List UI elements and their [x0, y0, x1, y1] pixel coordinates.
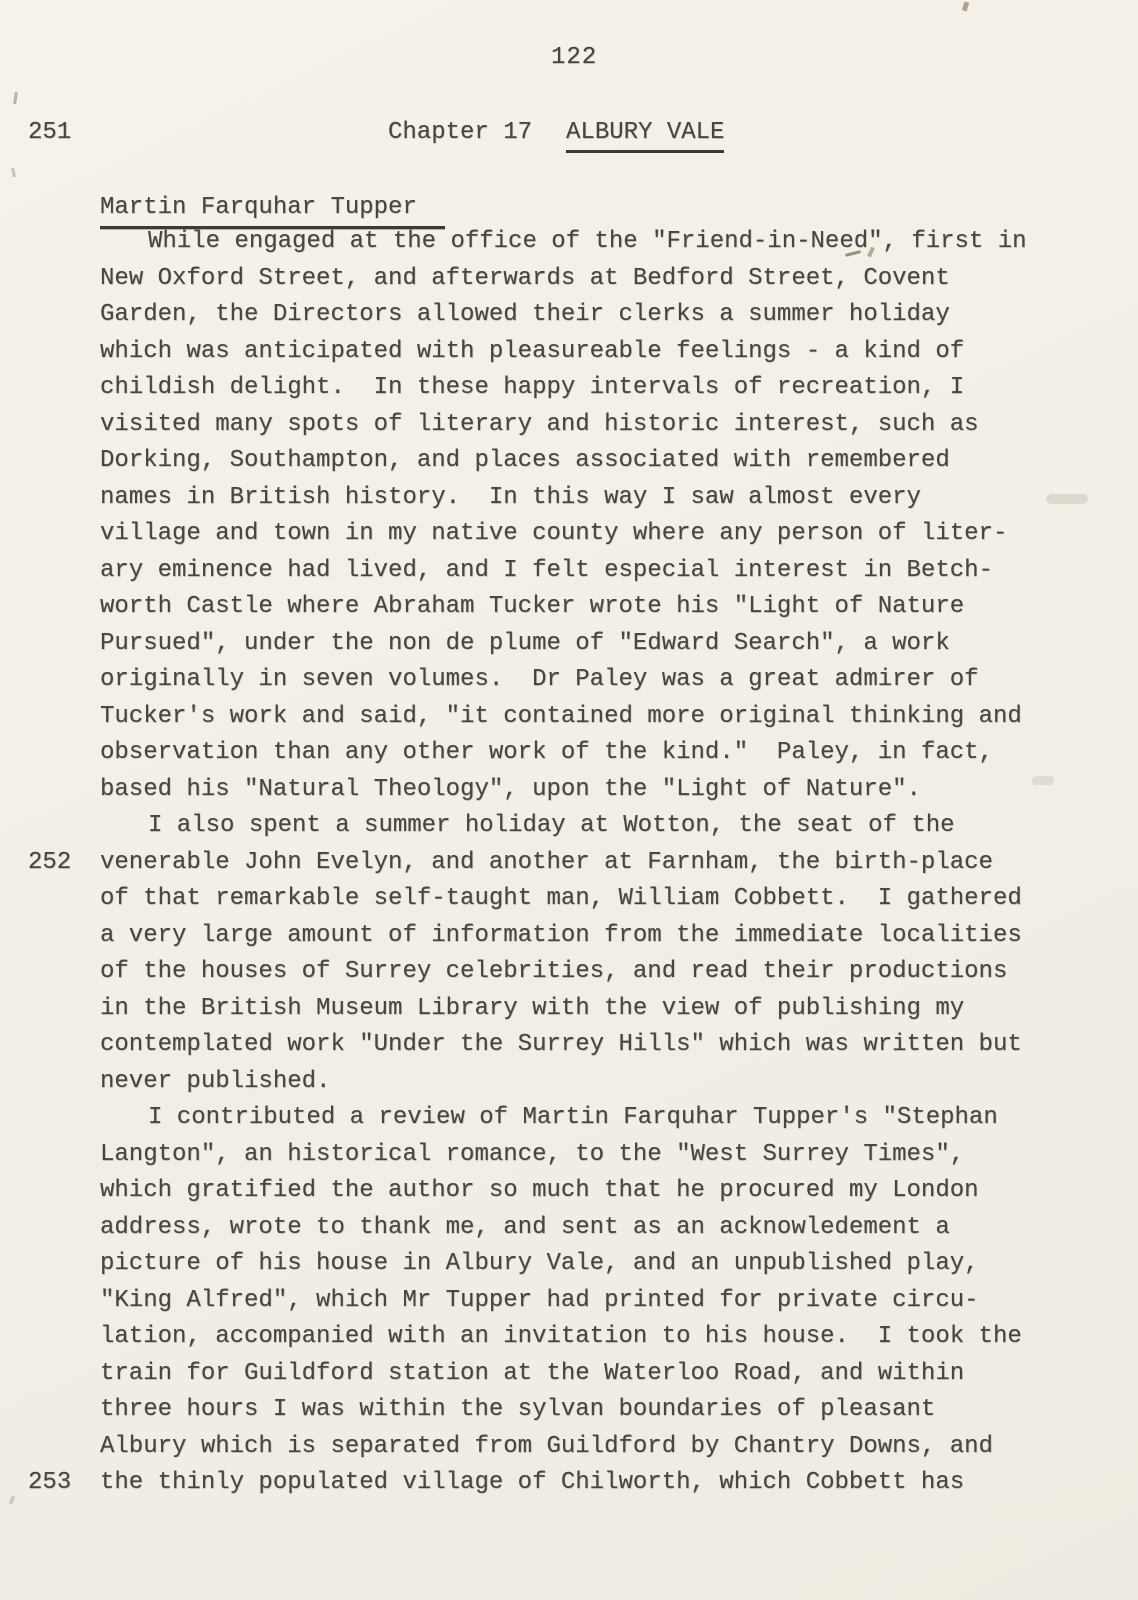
- line-text: address, wrote to thank me, and sent as …: [100, 1214, 950, 1241]
- line-text: Garden, the Directors allowed their cler…: [100, 301, 950, 328]
- body-line: a very large amount of information from …: [100, 918, 1110, 955]
- body-line: I also spent a summer holiday at Wotton,…: [100, 808, 1110, 845]
- line-text: worth Castle where Abraham Tucker wrote …: [100, 593, 964, 620]
- body-line: of the houses of Surrey celebrities, and…: [100, 954, 1110, 991]
- body-line: contemplated work "Under the Surrey Hill…: [100, 1027, 1110, 1064]
- body-line: "King Alfred", which Mr Tupper had print…: [100, 1283, 1110, 1320]
- chapter-heading: Chapter 17ALBURY VALE: [388, 119, 724, 153]
- body-line: originally in seven volumes. Dr Paley wa…: [100, 662, 1110, 699]
- body-line: childish delight. In these happy interva…: [100, 370, 1110, 407]
- body-line: in the British Museum Library with the v…: [100, 991, 1110, 1028]
- line-text: childish delight. In these happy interva…: [100, 374, 964, 401]
- line-text: names in British history. In this way I …: [100, 484, 921, 511]
- line-text: I also spent a summer holiday at Wotton,…: [100, 812, 955, 839]
- body-line: address, wrote to thank me, and sent as …: [100, 1210, 1110, 1247]
- line-text: visited many spots of literary and histo…: [100, 411, 979, 438]
- line-text: picture of his house in Albury Vale, and…: [100, 1250, 979, 1277]
- body-text: While engaged at the office of the "Frie…: [100, 224, 1110, 1502]
- line-text: a very large amount of information from …: [100, 922, 1022, 949]
- body-line: which gratified the author so much that …: [100, 1173, 1110, 1210]
- line-text: train for Guildford station at the Water…: [100, 1360, 964, 1387]
- body-line: worth Castle where Abraham Tucker wrote …: [100, 589, 1110, 626]
- line-text: never published.: [100, 1068, 330, 1095]
- body-line: ary eminence had lived, and I felt espec…: [100, 553, 1110, 590]
- line-text: the thinly populated village of Chilwort…: [100, 1469, 964, 1496]
- body-line: observation than any other work of the k…: [100, 735, 1110, 772]
- body-line: village and town in my native county whe…: [100, 516, 1110, 553]
- manuscript-page: 122 251 Chapter 17ALBURY VALE Martin Far…: [0, 0, 1138, 1600]
- body-line: picture of his house in Albury Vale, and…: [100, 1246, 1110, 1283]
- body-line: train for Guildford station at the Water…: [100, 1356, 1110, 1393]
- line-text: contemplated work "Under the Surrey Hill…: [100, 1031, 1022, 1058]
- body-line: Garden, the Directors allowed their cler…: [100, 297, 1110, 334]
- line-text: ary eminence had lived, and I felt espec…: [100, 557, 993, 584]
- line-text: "King Alfred", which Mr Tupper had print…: [100, 1287, 979, 1314]
- line-text: based his "Natural Theology", upon the "…: [100, 776, 921, 803]
- body-line: based his "Natural Theology", upon the "…: [100, 772, 1110, 809]
- body-line: While engaged at the office of the "Frie…: [100, 224, 1110, 261]
- line-text: of the houses of Surrey celebrities, and…: [100, 958, 1007, 985]
- line-text: in the British Museum Library with the v…: [100, 995, 964, 1022]
- paper-speck: [11, 168, 16, 177]
- line-text: venerable John Evelyn, and another at Fa…: [100, 849, 993, 876]
- line-text: I contributed a review of Martin Farquha…: [100, 1104, 998, 1131]
- body-line: 253 the thinly populated village of Chil…: [100, 1465, 1110, 1502]
- line-text: New Oxford Street, and afterwards at Bed…: [100, 265, 950, 292]
- body-line: Albury which is separated from Guildford…: [100, 1429, 1110, 1466]
- body-line: three hours I was within the sylvan boun…: [100, 1392, 1110, 1429]
- line-text: lation, accompanied with an invitation t…: [100, 1323, 1022, 1350]
- body-line: New Oxford Street, and afterwards at Bed…: [100, 261, 1110, 298]
- body-line: Pursued", under the non de plume of "Edw…: [100, 626, 1110, 663]
- paper-speck: [13, 92, 18, 104]
- margin-number: 251: [28, 119, 71, 146]
- body-line: 252 venerable John Evelyn, and another a…: [100, 845, 1110, 882]
- line-text: Albury which is separated from Guildford…: [100, 1433, 993, 1460]
- body-line: Tucker's work and said, "it contained mo…: [100, 699, 1110, 736]
- body-line: I contributed a review of Martin Farquha…: [100, 1100, 1110, 1137]
- line-text: of that remarkable self-taught man, Will…: [100, 885, 1022, 912]
- line-text: While engaged at the office of the "Frie…: [100, 228, 1027, 255]
- body-line: Dorking, Southampton, and places associa…: [100, 443, 1110, 480]
- page-number: 122: [551, 44, 597, 71]
- line-text: originally in seven volumes. Dr Paley wa…: [100, 666, 979, 693]
- body-line: never published.: [100, 1064, 1110, 1101]
- margin-number: 253: [28, 1465, 71, 1502]
- line-text: Dorking, Southampton, and places associa…: [100, 447, 950, 474]
- paper-speck: [962, 1, 970, 11]
- line-text: Langton", an historical romance, to the …: [100, 1141, 964, 1168]
- line-text: Pursued", under the non de plume of "Edw…: [100, 630, 950, 657]
- line-text: which was anticipated with pleasureable …: [100, 338, 964, 365]
- line-text: Tucker's work and said, "it contained mo…: [100, 703, 1022, 730]
- body-line: of that remarkable self-taught man, Will…: [100, 881, 1110, 918]
- body-line: lation, accompanied with an invitation t…: [100, 1319, 1110, 1356]
- line-text: observation than any other work of the k…: [100, 739, 993, 766]
- body-line: visited many spots of literary and histo…: [100, 407, 1110, 444]
- body-line: names in British history. In this way I …: [100, 480, 1110, 517]
- line-text: which gratified the author so much that …: [100, 1177, 979, 1204]
- body-line: which was anticipated with pleasureable …: [100, 334, 1110, 371]
- chapter-label: Chapter 17: [388, 119, 532, 146]
- chapter-title: ALBURY VALE: [566, 119, 724, 153]
- margin-number: 252: [28, 845, 71, 882]
- paper-speck: [9, 1496, 15, 1505]
- line-text: three hours I was within the sylvan boun…: [100, 1396, 935, 1423]
- body-line: Langton", an historical romance, to the …: [100, 1137, 1110, 1174]
- line-text: village and town in my native county whe…: [100, 520, 1007, 547]
